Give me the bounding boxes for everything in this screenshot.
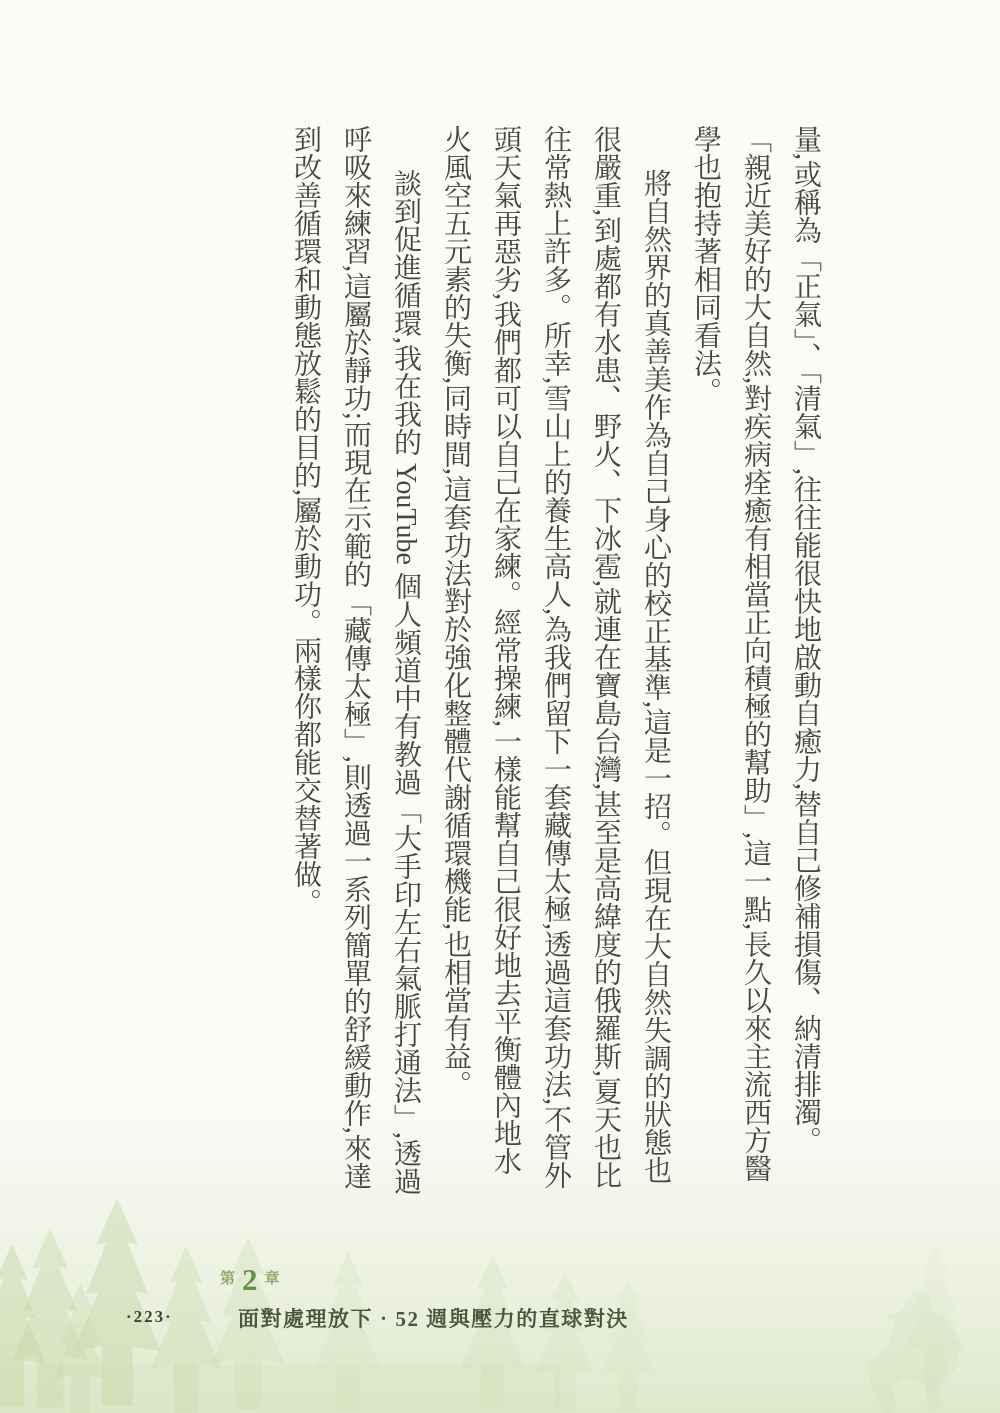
chapter-prefix: 第 [220, 1272, 235, 1287]
book-title: 面對處理放下‧52 週與壓力的直球對決 [238, 1303, 629, 1333]
paragraph: 談到促進循環,我在我的 YouTube 個人頻道中有教過「大手印左右氣脈打通法」… [280, 125, 430, 1195]
page-number: ·223· [126, 1307, 173, 1327]
book-page: 量,或稱為「正氣」、「清氣」,往往能很快地啟動自癒力,替自己修補損傷、納清排濁。… [0, 0, 1000, 1413]
chapter-number: 2 [242, 1264, 258, 1295]
chapter-label: 第 2 章 [220, 1264, 280, 1295]
chapter-suffix: 章 [265, 1272, 280, 1287]
body-text: 量,或稱為「正氣」、「清氣」,往往能很快地啟動自癒力,替自己修補損傷、納清排濁。… [280, 125, 830, 1195]
paragraph: 量,或稱為「正氣」、「清氣」,往往能很快地啟動自癒力,替自己修補損傷、納清排濁。… [680, 125, 830, 1195]
paragraph: 將自然界的真善美作為自己身心的校正基準,這是一招。但現在大自然失調的狀態也很嚴重… [430, 125, 680, 1195]
